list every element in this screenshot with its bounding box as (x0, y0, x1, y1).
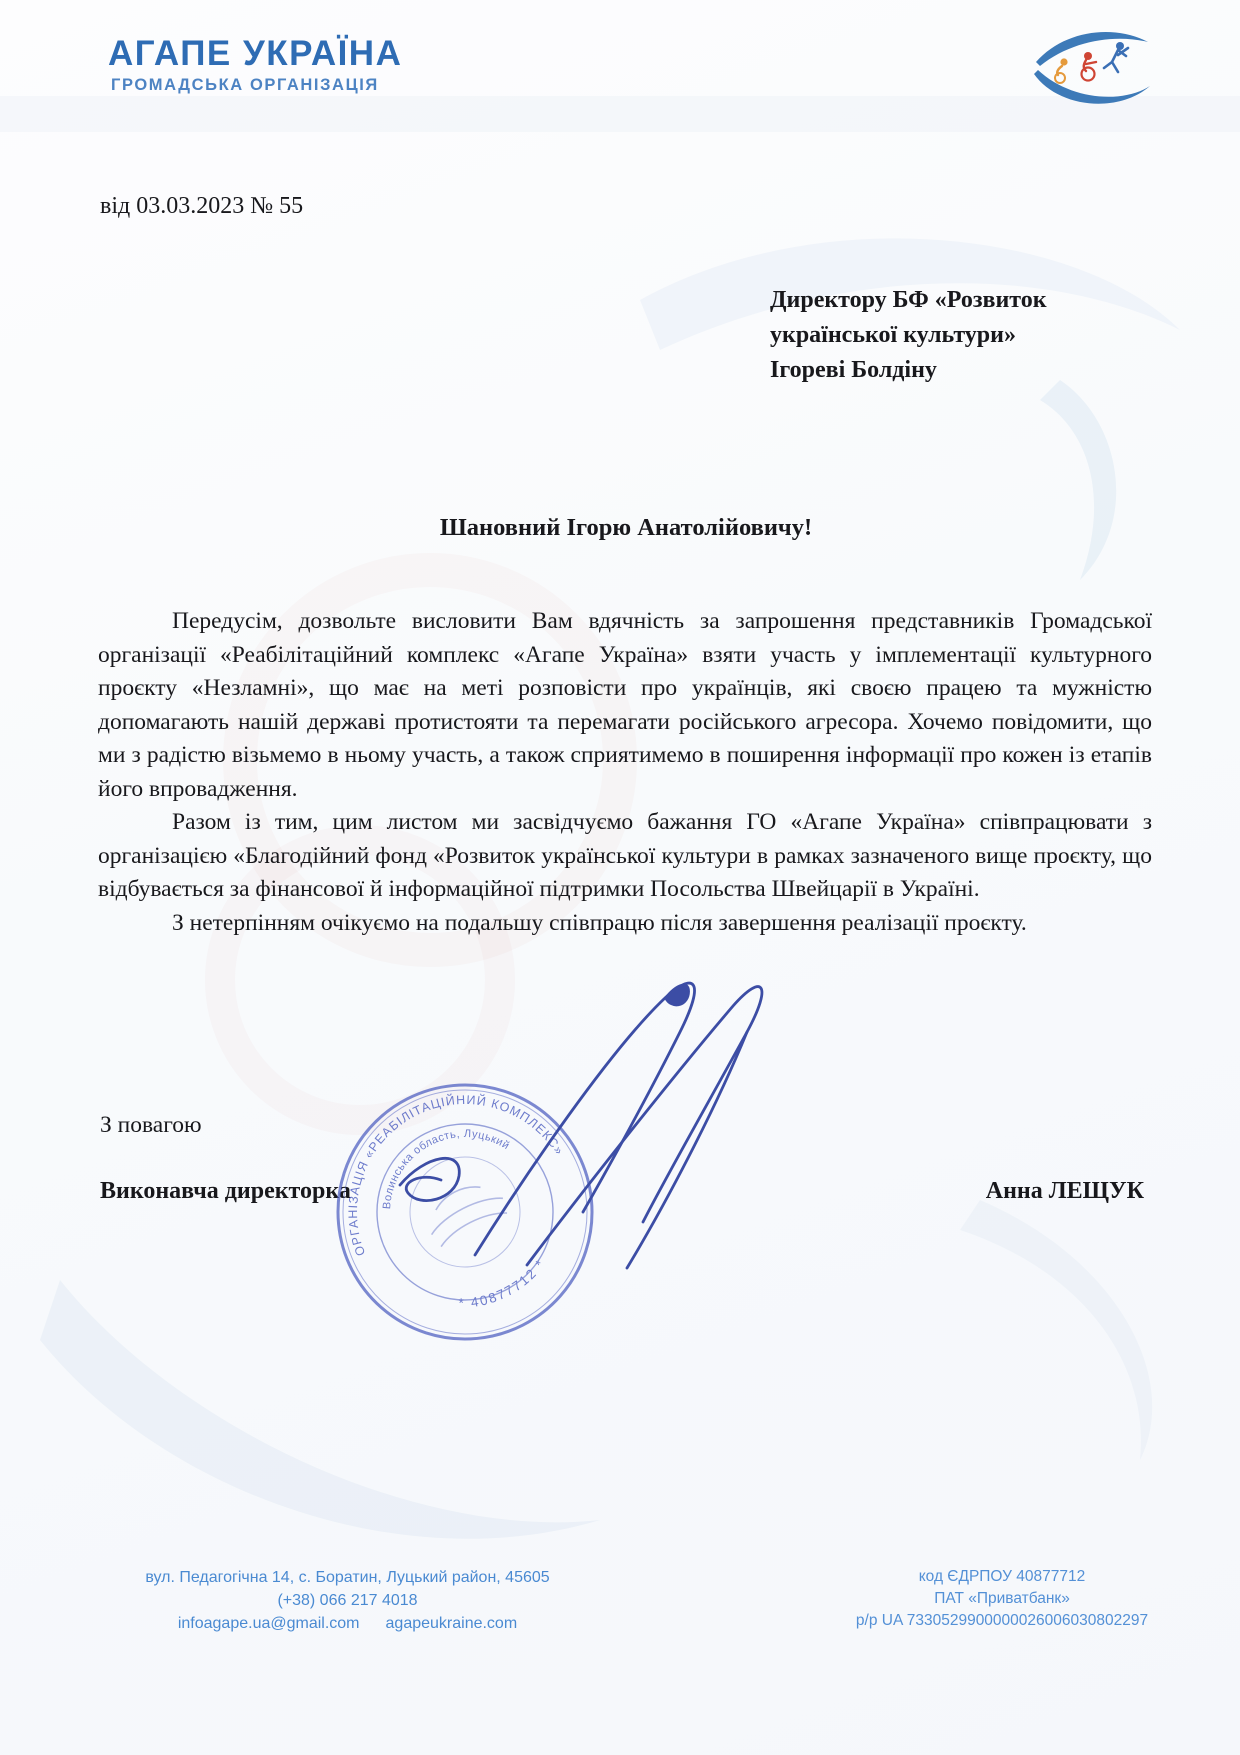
regards-line: З повагою (100, 1112, 202, 1139)
phone-line: (+38) 066 217 4018 (110, 1589, 585, 1612)
edrpou-line: код ЄДРПОУ 40877712 (762, 1566, 1240, 1588)
org-logo-icon (1022, 22, 1162, 117)
recipient-line: української культури» (770, 318, 1170, 353)
account-line: р/р UA 7330529900000026006030802297 (762, 1610, 1240, 1632)
recipient-block: Директору БФ «Розвиток української культ… (770, 283, 1170, 388)
recipient-line: Ігореві Болдіну (770, 353, 1170, 388)
signer-name: Анна ЛЕЩУК (986, 1178, 1144, 1205)
footer-left: вул. Педагогічна 14, с. Боратин, Луцький… (110, 1566, 585, 1635)
body-paragraph: Разом із тим, цим листом ми засвідчуємо … (98, 806, 1152, 907)
signer-title: Виконавча директорка (100, 1178, 351, 1205)
address-line: вул. Педагогічна 14, с. Боратин, Луцький… (110, 1566, 585, 1589)
letter-body: Передусім, дозвольте висловити Вам вдячн… (98, 605, 1152, 940)
signature-ink (375, 950, 845, 1290)
contacts-line: infoagape.ua@gmail.comagapeukraine.com (110, 1612, 585, 1635)
footer-right: код ЄДРПОУ 40877712 ПАТ «Приватбанк» р/р… (762, 1566, 1240, 1632)
date-line: від 03.03.2023 № 55 (100, 193, 303, 220)
org-subtitle: ГРОМАДСЬКА ОРГАНІЗАЦІЯ (111, 76, 379, 95)
website-text: agapeukraine.com (386, 1612, 518, 1635)
recipient-line: Директору БФ «Розвиток (770, 283, 1170, 318)
email-text: infoagape.ua@gmail.com (178, 1612, 360, 1635)
body-paragraph: З нетерпінням очікуємо на подальшу співп… (98, 907, 1152, 941)
letter-page: АГАПЕ УКРАЇНА ГРОМАДСЬКА ОРГАНІЗАЦІЯ від… (0, 0, 1240, 1755)
salutation: Шановний Ігорю Анатолійовичу! (100, 514, 1152, 542)
org-name: АГАПЕ УКРАЇНА (108, 34, 402, 74)
bank-line: ПАТ «Приватбанк» (762, 1588, 1240, 1610)
body-paragraph: Передусім, дозвольте висловити Вам вдячн… (98, 605, 1152, 806)
